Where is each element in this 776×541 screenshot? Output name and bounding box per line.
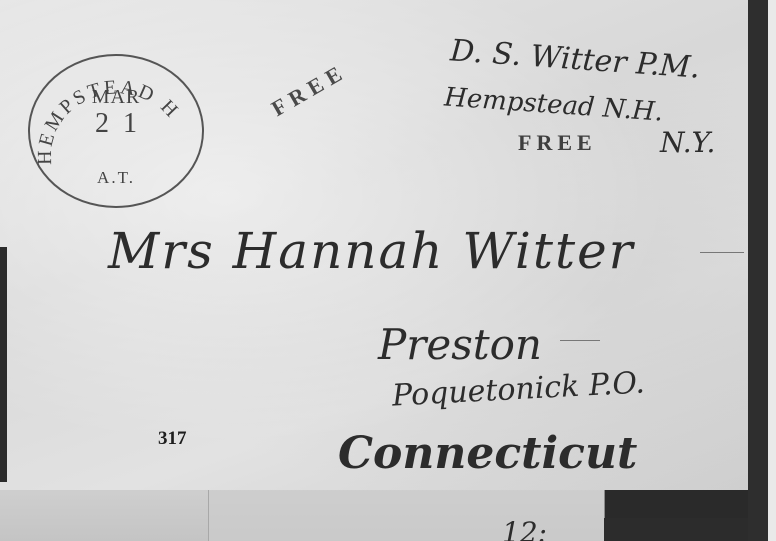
address-town: Preston — [378, 320, 542, 369]
background-corner — [604, 518, 748, 541]
town-flourish — [560, 340, 600, 341]
frank-signature: D. S. Witter P.M. — [449, 33, 701, 85]
lot-number: 317 — [158, 428, 187, 450]
postal-cover-scan: 12: HEMPSTEAD H MAR 21 A.T. FREE D. S. W… — [0, 0, 776, 541]
left-edge-shadow — [0, 247, 7, 482]
free-handstamp-straight: FREE — [518, 130, 597, 156]
frank-office: Hempstead N.H. — [443, 82, 664, 127]
free-handstamp-diagonal: FREE — [267, 58, 352, 122]
address-state: Connecticut — [338, 428, 637, 479]
underlying-sheet-text: 12: — [502, 516, 547, 541]
postmark-day: 21 — [30, 108, 202, 140]
postmark-month: MAR — [30, 86, 202, 109]
right-margin-strip — [768, 0, 776, 541]
circular-postmark: HEMPSTEAD H MAR 21 A.T. — [28, 54, 204, 208]
addressee-name: Mrs Hannah Witter — [108, 222, 635, 280]
postmark-bottom-text: A.T. — [30, 168, 202, 188]
address-post-office: Poquetonick P.O. — [391, 365, 645, 413]
envelope-cover: HEMPSTEAD H MAR 21 A.T. FREE D. S. Witte… — [0, 0, 748, 490]
frank-state: N.Y. — [660, 126, 715, 159]
address-flourish — [700, 252, 744, 253]
